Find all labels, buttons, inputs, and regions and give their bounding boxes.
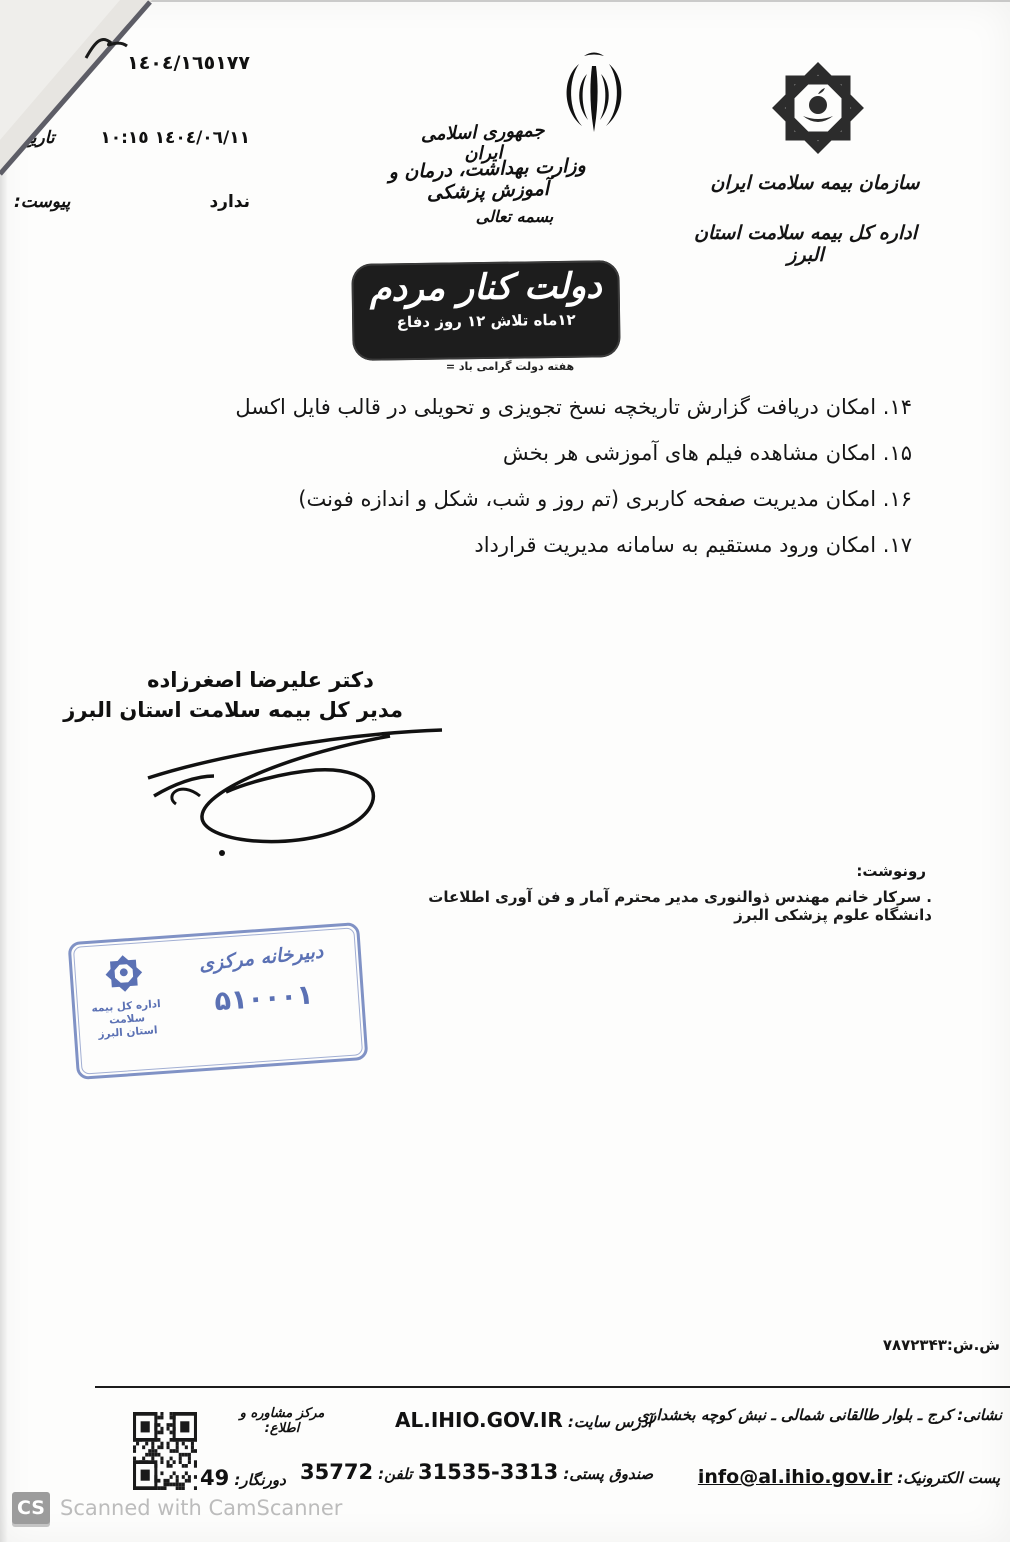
cs-badge: CS <box>12 1492 50 1524</box>
page-corner-fold <box>0 0 180 200</box>
stamp-title: دبیرخانه مرکزی <box>168 937 353 978</box>
signature-scribble <box>140 700 460 850</box>
dept-name: اداره کل بیمه سلامت استان البرز <box>688 222 923 266</box>
banner-caption: هفته دولت گرامی باد = <box>420 360 600 373</box>
phone: تلفن: 35772 <box>300 1460 412 1484</box>
ministry-title: وزارت بهداشت، درمان و آموزش پزشکی <box>379 154 595 205</box>
po-box: صندوق پستی: 31535-3313 <box>418 1460 653 1484</box>
registry-stamp: اداره کل بیمه سلامت استان البرز دبیرخانه… <box>68 922 369 1080</box>
camscanner-watermark: CS Scanned with CamScanner <box>12 1492 342 1524</box>
qr-code <box>133 1412 197 1490</box>
list-item: ۱۵. امکان مشاهده فیلم های آموزشی هر بخش <box>92 436 912 482</box>
org-name: سازمان بیمه سلامت ایران <box>710 172 920 194</box>
attachment-value: ندارد <box>209 192 250 212</box>
list-item: ۱۷. امکان ورود مستقیم به سامانه مدیریت ق… <box>92 528 912 574</box>
fax: دورنگار: 49 <box>200 1466 286 1490</box>
cc-label: رونوشت: <box>856 862 926 880</box>
banner-title: دولت کنار مردم <box>351 266 620 310</box>
email: پست الکترونیک: info@al.ihio.gov.ir <box>698 1466 1000 1488</box>
advice-center: مرکز مشاوره و اطلاع: <box>222 1406 342 1436</box>
list-item: ۱۶. امکان مدیریت صفحه کاربری (تم روز و ش… <box>92 482 912 528</box>
signer-title: مدیر کل بیمه سلامت استان البرز <box>118 698 403 722</box>
caption-dash-mark: = <box>446 360 455 373</box>
iran-emblem-icon <box>558 52 630 140</box>
invocation-text: بسمه تعالی <box>462 207 567 226</box>
footer-divider <box>95 1386 1010 1388</box>
cc-line: . سرکار خانم مهندس ذوالنوری مدیر محترم آ… <box>372 888 932 924</box>
stamp-logo-icon <box>100 949 147 998</box>
website: آدرس سایت: AL.IHIO.GOV.IR <box>395 1408 652 1432</box>
list-item: ۱۴. امکان دریافت گزارش تاریخچه نسخ تجویز… <box>92 390 912 436</box>
scanned-letter-page: شماره: ١٤٠٤/١٦٥١٧٧ تاريخ: ١٤٠٤/٠٦/١١ ١٠:… <box>0 0 1010 1542</box>
stamp-number: ۵۱۰۰۰۱ <box>171 976 357 1020</box>
ihio-logo-icon <box>762 50 874 166</box>
slogan-banner: دولت کنار مردم ۱۲ماه تلاش ۱۲ روز دفاع <box>351 260 620 361</box>
watermark-text: Scanned with CamScanner <box>60 1496 342 1520</box>
ref-number: ش.ش:۷۸۷۲۳۴۳ <box>883 1336 1000 1354</box>
features-list: ۱۴. امکان دریافت گزارش تاریخچه نسخ تجویز… <box>92 390 912 574</box>
signature-block: دکتر علیرضا اصغرزاده مدیر کل بیمه سلامت … <box>118 668 403 722</box>
signer-name: دکتر علیرضا اصغرزاده <box>118 668 403 692</box>
banner-subtitle: ۱۲ماه تلاش ۱۲ روز دفاع <box>352 310 620 332</box>
signature-dot <box>219 850 225 856</box>
address: نشانی: کرج ـ بلوار طالقانی شمالی ـ نبش ک… <box>637 1406 1002 1424</box>
